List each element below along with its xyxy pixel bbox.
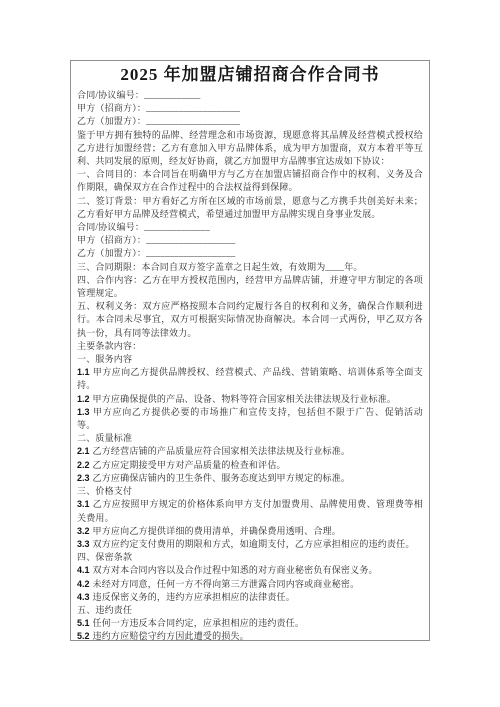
line-text: 二、签订背景：甲方看好乙方所在区域的市场前景，愿意与乙方携手共创美好未来；乙方看…: [77, 196, 423, 219]
contract-line: 五、违约责任: [77, 604, 423, 617]
line-text: 四、合作内容：乙方在甲方授权范围内，经营甲方品牌店铺，并遵守甲方制定的各项管理规…: [77, 275, 423, 298]
line-text: 双方对本合同内容以及合作过程中知悉的对方商业秘密负有保密义务。: [93, 565, 378, 575]
contract-line: 一、服务内容: [77, 353, 423, 366]
line-text: 三、价格支付: [77, 486, 132, 496]
line-text: 甲方（招商方）：___________________: [77, 235, 235, 245]
clause-line: 1.2甲方应确保提供的产品、设备、物料等符合国家相关法律法规及行业标准。: [77, 393, 423, 406]
line-text: 甲方应向乙方提供品牌授权、经营模式、产品线、营销策略、培训体系等全面支持。: [77, 367, 423, 390]
clause-line: 1.1甲方应向乙方提供品牌授权、经营模式、产品线、营销策略、培训体系等全面支持。: [77, 366, 423, 392]
clause-number: 1.2: [77, 394, 90, 404]
contract-line: 三、价格支付: [77, 485, 423, 498]
contract-line: 三、合同期限：本合同自双方签字盖章之日起生效，有效期为____年。: [77, 261, 423, 274]
clause-number: 5.1: [77, 618, 90, 628]
clause-line: 1.3甲方应向乙方提供必要的市场推广和宣传支持，包括但不限于广告、促销活动等。: [77, 406, 423, 432]
line-text: 一、合同目的：本合同旨在明确甲方与乙方在加盟店铺招商合作中的权利、义务及合作期限…: [77, 169, 423, 192]
page-background: 2025 年加盟店铺招商合作合同书 合同/协议编号：____________甲方…: [0, 0, 500, 707]
line-text: 五、违约责任: [77, 605, 132, 615]
contract-line: 甲方（招商方）：___________________: [77, 234, 423, 247]
contract-line: 四、合作内容：乙方在甲方授权范围内，经营甲方品牌店铺，并遵守甲方制定的各项管理规…: [77, 274, 423, 300]
line-text: 鉴于甲方拥有独特的品牌、经营理念和市场资源，现愿意将其品牌及经营模式授权给乙方进…: [77, 130, 423, 166]
contract-line: 乙方（加盟方）：____________________: [77, 115, 423, 128]
clause-line: 3.3双方应约定支付费用的期限和方式，如逾期支付，乙方应承担相应的违约责任。: [77, 538, 423, 551]
line-text: 一、服务内容: [77, 354, 132, 364]
line-text: 乙方应确保店铺内的卫生条件、服务态度达到甲方规定的标准。: [93, 473, 351, 483]
clause-number: 4.1: [77, 565, 90, 575]
clause-number: 3.3: [77, 539, 90, 549]
line-text: 未经对方同意，任何一方不得向第三方泄露合同内容或商业秘密。: [93, 579, 360, 589]
contract-line: 二、签订背景：甲方看好乙方所在区域的市场前景，愿意与乙方携手共创美好未来；乙方看…: [77, 195, 423, 221]
line-text: 任何一方违反本合同约定，应承担相应的违约责任。: [93, 618, 305, 628]
contract-document: 2025 年加盟店铺招商合作合同书 合同/协议编号：____________甲方…: [70, 60, 430, 641]
line-text: 合同/协议编号：______________: [77, 222, 210, 232]
contract-line: 乙方（加盟方）：___________________: [77, 247, 423, 260]
line-text: 乙方（加盟方）：___________________: [77, 248, 235, 258]
clause-line: 2.1乙方经营店铺的产品质量应符合国家相关法律法规及行业标准。: [77, 445, 423, 458]
clause-line: 4.3违反保密义务的，违约方应承担相应的法律责任。: [77, 591, 423, 604]
clause-line: 4.1双方对本合同内容以及合作过程中知悉的对方商业秘密负有保密义务。: [77, 564, 423, 577]
contract-title: 2025 年加盟店铺招商合作合同书: [77, 64, 423, 86]
line-text: 乙方（加盟方）：____________________: [77, 116, 240, 126]
line-text: 四、保密条款: [77, 552, 132, 562]
clause-line: 2.3乙方应确保店铺内的卫生条件、服务态度达到甲方规定的标准。: [77, 472, 423, 485]
line-text: 二、质量标准: [77, 433, 132, 443]
clause-number: 5.2: [77, 631, 90, 641]
clause-number: 3.2: [77, 526, 90, 536]
line-text: 双方应约定支付费用的期限和方式，如逾期支付，乙方应承担相应的违约责任。: [93, 539, 415, 549]
contract-body: 合同/协议编号：____________甲方（招商方）：____________…: [77, 89, 423, 641]
line-text: 违约方应赔偿守约方因此遭受的损失。: [93, 631, 249, 641]
line-text: 违反保密义务的，违约方应承担相应的法律责任。: [93, 592, 295, 602]
clause-number: 2.1: [77, 446, 90, 456]
line-text: 甲方应向乙方提供详细的费用清单，并确保费用透明、合理。: [93, 526, 341, 536]
contract-line: 二、质量标准: [77, 432, 423, 445]
clause-line: 4.2未经对方同意，任何一方不得向第三方泄露合同内容或商业秘密。: [77, 578, 423, 591]
line-text: 五、权利义务：双方应严格按照本合同约定履行各自的权利和义务，确保合作顺利进行。本…: [77, 301, 423, 337]
clause-number: 4.2: [77, 579, 90, 589]
line-text: 乙方经营店铺的产品质量应符合国家相关法律法规及行业标准。: [93, 446, 351, 456]
clause-line: 2.2乙方应定期接受甲方对产品质量的检查和评估。: [77, 459, 423, 472]
clause-number: 4.3: [77, 592, 90, 602]
clause-number: 2.2: [77, 460, 90, 470]
clause-number: 2.3: [77, 473, 90, 483]
contract-line: 主要条款内容：: [77, 340, 423, 353]
line-text: 主要条款内容：: [77, 341, 141, 351]
clause-number: 3.1: [77, 499, 90, 509]
contract-line: 合同/协议编号：____________: [77, 89, 423, 102]
line-text: 合同/协议编号：____________: [77, 90, 201, 100]
clause-number: 1.3: [77, 407, 90, 417]
line-text: 甲方应确保提供的产品、设备、物料等符合国家相关法律法规及行业标准。: [93, 394, 397, 404]
contract-line: 一、合同目的：本合同旨在明确甲方与乙方在加盟店铺招商合作中的权利、义务及合作期限…: [77, 168, 423, 194]
clause-number: 1.1: [77, 367, 90, 377]
contract-line: 甲方（招商方）：____________________: [77, 102, 423, 115]
line-text: 甲方应向乙方提供必要的市场推广和宣传支持，包括但不限于广告、促销活动等。: [77, 407, 423, 430]
contract-line: 鉴于甲方拥有独特的品牌、经营理念和市场资源，现愿意将其品牌及经营模式授权给乙方进…: [77, 129, 423, 169]
clause-line: 5.1任何一方违反本合同约定，应承担相应的违约责任。: [77, 617, 423, 630]
line-text: 乙方应定期接受甲方对产品质量的检查和评估。: [93, 460, 286, 470]
line-text: 三、合同期限：本合同自双方签字盖章之日起生效，有效期为____年。: [77, 262, 363, 272]
clause-line: 5.2违约方应赔偿守约方因此遭受的损失。: [77, 630, 423, 641]
line-text: 乙方应按照甲方规定的价格体系向甲方支付加盟费用、品牌使用费、管理费等相关费用。: [77, 499, 423, 522]
contract-line: 四、保密条款: [77, 551, 423, 564]
line-text: 甲方（招商方）：____________________: [77, 103, 240, 113]
contract-line: 五、权利义务：双方应严格按照本合同约定履行各自的权利和义务，确保合作顺利进行。本…: [77, 300, 423, 340]
clause-line: 3.2甲方应向乙方提供详细的费用清单，并确保费用透明、合理。: [77, 525, 423, 538]
clause-line: 3.1乙方应按照甲方规定的价格体系向甲方支付加盟费用、品牌使用费、管理费等相关费…: [77, 498, 423, 524]
contract-line: 合同/协议编号：______________: [77, 221, 423, 234]
